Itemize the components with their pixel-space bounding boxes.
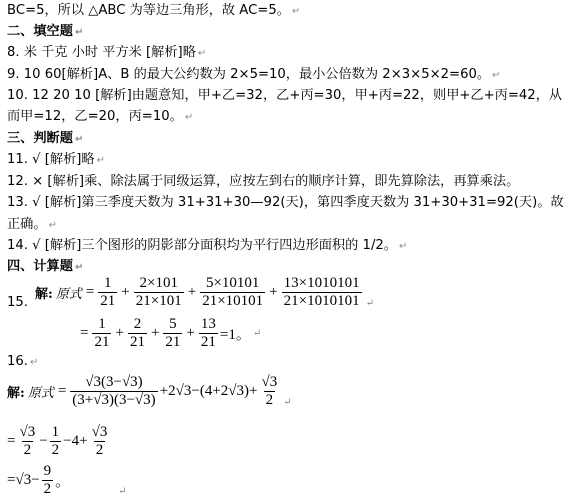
paragraph-mark: ↵	[75, 134, 83, 145]
answer-14: 14. √ [解析]三个图形的阴影部分面积均为平行四边形面积的 1/2。↵	[7, 238, 407, 255]
q15-formula-step2: = 121 + 221 + 521 + 1321 =1。 ↵	[78, 317, 261, 350]
paragraph-mark: ↵	[492, 70, 500, 81]
paragraph-mark: ↵	[399, 241, 407, 252]
answer-12: 12. × [解析]乘、除法属于同级运算，应按左到右的顺序计算，即先算除法，再算…	[7, 174, 519, 190]
fraction: 121	[92, 317, 111, 350]
fraction: 2×10121×101	[134, 276, 184, 309]
question-15-label: 15.	[7, 295, 28, 310]
paragraph-mark: ↵	[253, 328, 261, 339]
section-heading-judgment: 三、判断题↵	[7, 131, 83, 148]
fraction: √32	[17, 425, 37, 458]
q15-formula-step1: 解: 原式 = 121 + 2×10121×101 + 5×1010121×10…	[35, 276, 374, 309]
paragraph-mark: ↵	[283, 397, 291, 408]
fraction: 1321	[199, 317, 218, 350]
answer-8: 8. 米 千克 小时 平方米 [解析]略↵	[7, 45, 206, 62]
q16-formula-step2: = √32 − 12 −4+ √32	[7, 425, 111, 458]
paragraph-mark: ↵	[118, 486, 126, 494]
paragraph-mark: ↵	[75, 27, 83, 38]
answer-13-cont: 正确。↵	[7, 217, 57, 234]
paragraph-mark: ↵	[30, 357, 38, 368]
question-16-label: 16.↵	[7, 354, 38, 369]
paragraph-mark: ↵	[198, 48, 206, 59]
section-heading-calculation: 四、计算题↵	[7, 259, 83, 276]
fraction: 5×1010121×10101	[200, 276, 265, 309]
paragraph-mark: ↵	[292, 6, 300, 17]
paragraph-mark: ↵	[366, 298, 374, 309]
answer-10: 10. 12 20 10 [解析]由题意知，甲+乙=32，乙+丙=30，甲+丙=…	[7, 88, 562, 104]
answer-9: 9. 10 60[解析]A、B 的最大公约数为 2×5=10，最小公倍数为 2×…	[7, 67, 500, 84]
fraction: 92	[42, 464, 54, 494]
q16-formula-step1: 解: 原式 = √3(3−√3)(3+√3)(3−√3) +2√3 −(4+2√…	[7, 375, 292, 408]
paragraph-mark: ↵	[75, 262, 83, 273]
answer-13: 13. √ [解析]第三季度天数为 31+31+30—92(天)，第四季度天数为…	[7, 195, 564, 211]
fraction: √32	[90, 425, 110, 458]
paragraph-mark: ↵	[49, 220, 57, 231]
fraction: 121	[98, 276, 117, 309]
fraction: 13×101010121×1010101	[282, 276, 362, 309]
fraction: 221	[128, 317, 147, 350]
fraction: 521	[163, 317, 182, 350]
answer-10-cont: 而甲=12，乙=20，丙=10。↵	[7, 109, 193, 126]
text-line-bc: BC=5，所以 △ABC 为等边三角形，故 AC=5。↵	[7, 3, 300, 20]
fraction: √32	[259, 375, 279, 408]
fraction: 12	[50, 425, 62, 458]
paragraph-mark: ↵	[97, 155, 105, 166]
fraction: √3(3−√3)(3+√3)(3−√3)	[70, 375, 157, 408]
q16-formula-step3: =√3− 92 。 ↵	[7, 464, 127, 494]
section-heading-fill-blank: 二、填空题↵	[7, 24, 83, 41]
answer-11: 11. √ [解析]略↵	[7, 152, 105, 169]
paragraph-mark: ↵	[185, 112, 193, 123]
